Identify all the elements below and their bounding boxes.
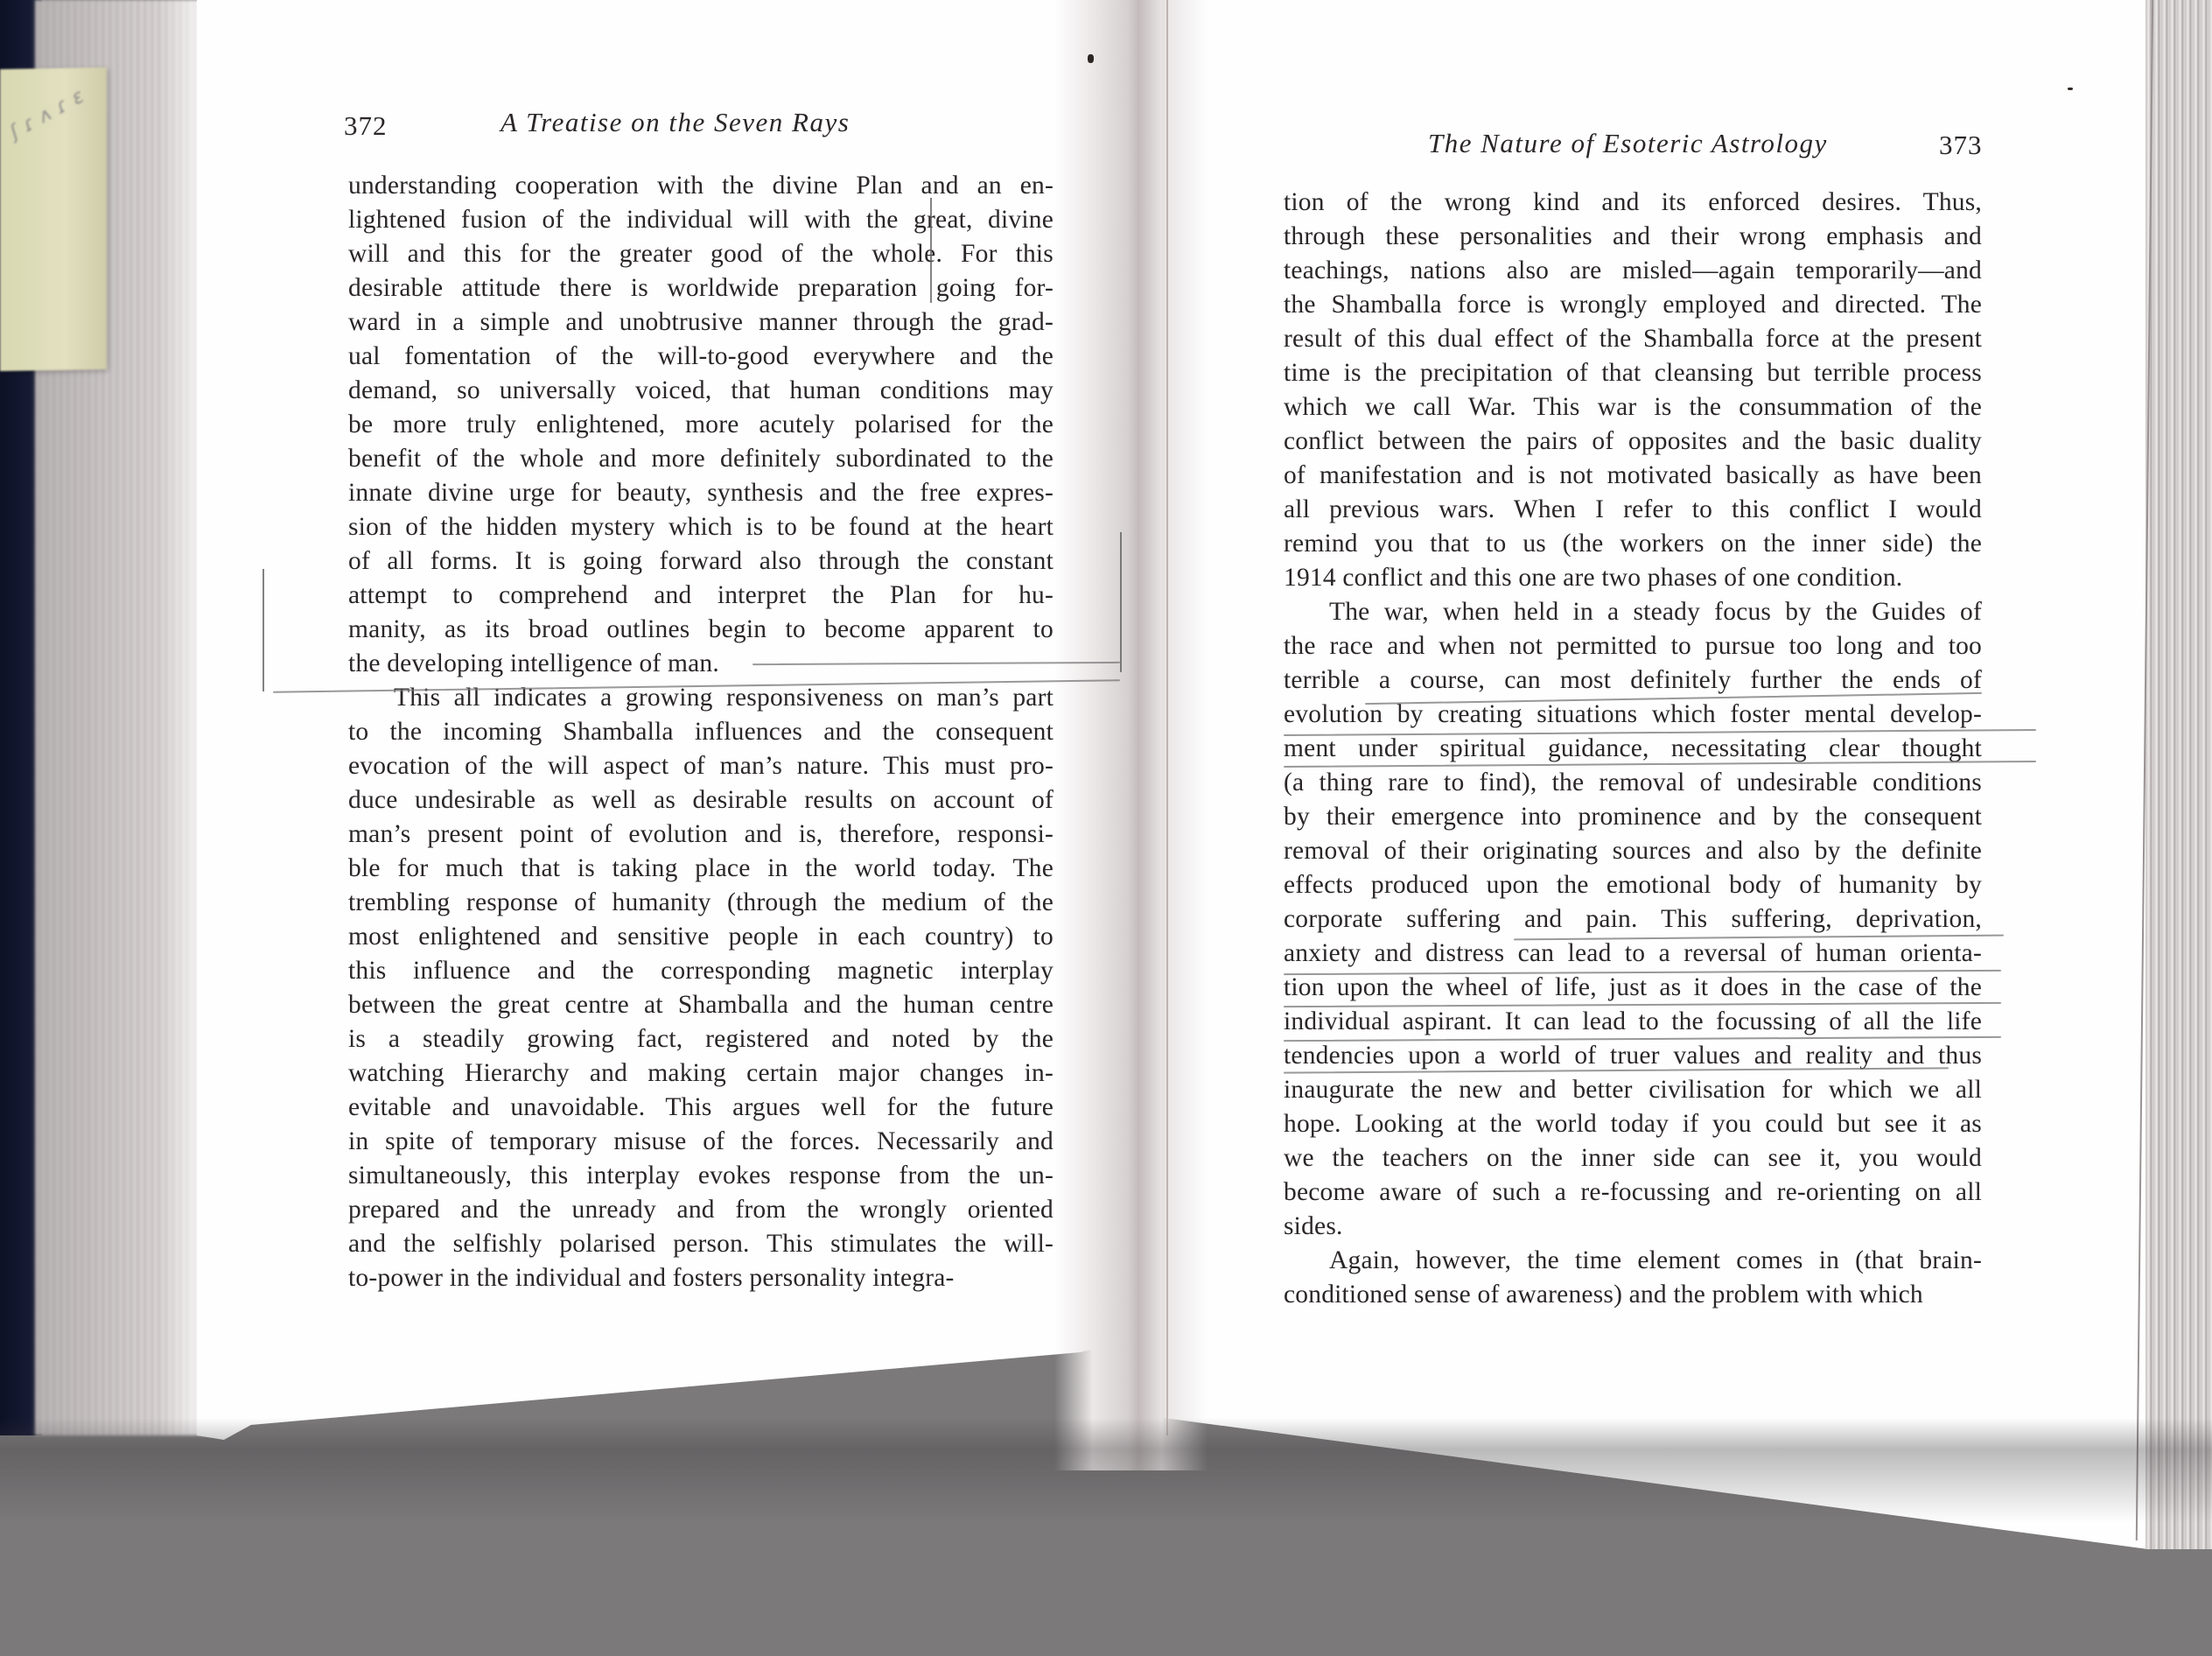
text-line: ment under spiritual guidance, necessita…	[1284, 732, 1982, 766]
text-line: ble for much that is taking place in the…	[348, 852, 1053, 886]
text-line: tion upon the wheel of life, just as it …	[1284, 971, 1982, 1005]
text-line: in spite of temporary misuse of the forc…	[348, 1125, 1053, 1159]
text-line: will and this for the greater good of th…	[348, 237, 1053, 271]
text-line: to the incoming Shamballa influences and…	[348, 715, 1053, 749]
left-running-head: 372	[344, 110, 388, 142]
text-line: Again, however, the time element comes i…	[1284, 1244, 1982, 1278]
pencil-margin-line-right	[1120, 532, 1122, 672]
dust-speck	[2068, 88, 2073, 90]
text-line: evitable and unavoidable. This argues we…	[348, 1091, 1053, 1125]
text-line: which we call War. This war is the consu…	[1284, 390, 1982, 425]
pencil-margin-line-left	[262, 569, 264, 691]
text-line: simultaneously, this interplay evokes re…	[348, 1159, 1053, 1193]
text-line: is a steadily growing fact, registered a…	[348, 1022, 1053, 1056]
text-line: The war, when held in a steady focus by …	[1284, 595, 1982, 629]
text-line: the Shamballa force is wrongly employed …	[1284, 288, 1982, 322]
text-line: individual aspirant. It can lead to the …	[1284, 1005, 1982, 1039]
text-line: trembling response of humanity (through …	[348, 886, 1053, 920]
text-line: we the teachers on the inner side can se…	[1284, 1141, 1982, 1175]
text-line: between the great centre at Shamballa an…	[348, 988, 1053, 1022]
right-running-title-wrap: The Nature of Esoteric Astrology	[1428, 128, 1828, 159]
text-line: conditioned sense of awareness) and the …	[1284, 1278, 1982, 1312]
text-line: effects produced upon the emotional body…	[1284, 868, 1982, 902]
book-scan: ʃ ɾ ʌ ɾ ε 372 A Treatise on the Seven Ra…	[0, 0, 2212, 1656]
text-line: understanding cooperation with the divin…	[348, 169, 1053, 203]
text-line: conflict between the pairs of opposites …	[1284, 425, 1982, 459]
running-title: The Nature of Esoteric Astrology	[1428, 128, 1828, 158]
text-line: time is the precipitation of that cleans…	[1284, 356, 1982, 390]
text-line: (a thing rare to find), the removal of u…	[1284, 766, 1982, 800]
text-line: teachings, nations also are misled—again…	[1284, 254, 1982, 288]
sticky-note-handwriting: ʃ ɾ ʌ ɾ ε	[7, 85, 89, 144]
text-line: of manifestation and is not motivated ba…	[1284, 459, 1982, 493]
text-line: through these personalities and their wr…	[1284, 220, 1982, 254]
pencil-mark	[930, 198, 932, 303]
text-line: lightened fusion of the individual will …	[348, 203, 1053, 237]
sticky-note: ʃ ɾ ʌ ɾ ε	[0, 67, 107, 371]
running-title: A Treatise on the Seven Rays	[500, 107, 850, 137]
text-line: sides.	[1284, 1210, 1982, 1244]
text-line: most enlightened and sensitive people in…	[348, 920, 1053, 954]
text-line: of all forms. It is going forward also t…	[348, 544, 1053, 579]
text-line: and the selfishly polarised person. This…	[348, 1227, 1053, 1261]
text-line: to-power in the individual and fosters p…	[348, 1261, 1053, 1295]
gutter-crease	[1166, 0, 1168, 1435]
text-line: man’s present point of evolution and is,…	[348, 817, 1053, 852]
text-line: the race and when not permitted to pursu…	[1284, 629, 1982, 663]
text-line: hope. Looking at the world today if you …	[1284, 1107, 1982, 1141]
text-line: innate divine urge for beauty, synthesis…	[348, 476, 1053, 510]
text-line: evocation of the will aspect of man’s na…	[348, 749, 1053, 783]
text-line: ward in a simple and unobtrusive manner …	[348, 305, 1053, 340]
text-line: inaugurate the new and better civilisati…	[1284, 1073, 1982, 1107]
text-line: ual fomentation of the will-to-good ever…	[348, 340, 1053, 374]
text-line: watching Hierarchy and making certain ma…	[348, 1056, 1053, 1091]
text-line: attempt to comprehend and interpret the …	[348, 579, 1053, 613]
text-line: terrible a course, can most definitely f…	[1284, 663, 1982, 698]
text-line: benefit of the whole and more definitely…	[348, 442, 1053, 476]
left-running-title-wrap: A Treatise on the Seven Rays	[500, 107, 850, 138]
right-page-body: tion of the wrong kind and its enforced …	[1284, 186, 1982, 1312]
right-running-head: 373	[1939, 130, 1983, 161]
text-line: all previous wars. When I refer to this …	[1284, 493, 1982, 527]
text-line: result of this dual effect of the Shamba…	[1284, 322, 1982, 356]
text-line: prepared and the unready and from the wr…	[348, 1193, 1053, 1227]
text-line: become aware of such a re-focussing and …	[1284, 1175, 1982, 1210]
text-line: this influence and the corresponding mag…	[348, 954, 1053, 988]
text-line: remind you that to us (the workers on th…	[1284, 527, 1982, 561]
left-page-body: understanding cooperation with the divin…	[348, 169, 1053, 1295]
text-line: be more truly enlightened, more acutely …	[348, 408, 1053, 442]
text-line: duce undesirable as well as desirable re…	[348, 783, 1053, 817]
text-line: corporate suffering and pain. This suffe…	[1284, 902, 1982, 937]
text-line: demand, so universally voiced, that huma…	[348, 374, 1053, 408]
page-number: 372	[344, 110, 388, 141]
gutter-shadow	[1054, 0, 1207, 1470]
right-page-stack	[2145, 0, 2212, 1549]
page-number: 373	[1939, 130, 1983, 160]
text-line: tion of the wrong kind and its enforced …	[1284, 186, 1982, 220]
bottom-shadow	[0, 1418, 2212, 1523]
text-line: removal of their originating sources and…	[1284, 834, 1982, 868]
dust-speck	[1088, 54, 1094, 63]
text-line: anxiety and distress can lead to a rever…	[1284, 937, 1982, 971]
text-line: sion of the hidden mystery which is to b…	[348, 510, 1053, 544]
text-line: desirable attitude there is worldwide pr…	[348, 271, 1053, 305]
text-line: manity, as its broad outlines begin to b…	[348, 613, 1053, 647]
text-line: 1914 conflict and this one are two phase…	[1284, 561, 1982, 595]
text-line: by their emergence into prominence and b…	[1284, 800, 1982, 834]
